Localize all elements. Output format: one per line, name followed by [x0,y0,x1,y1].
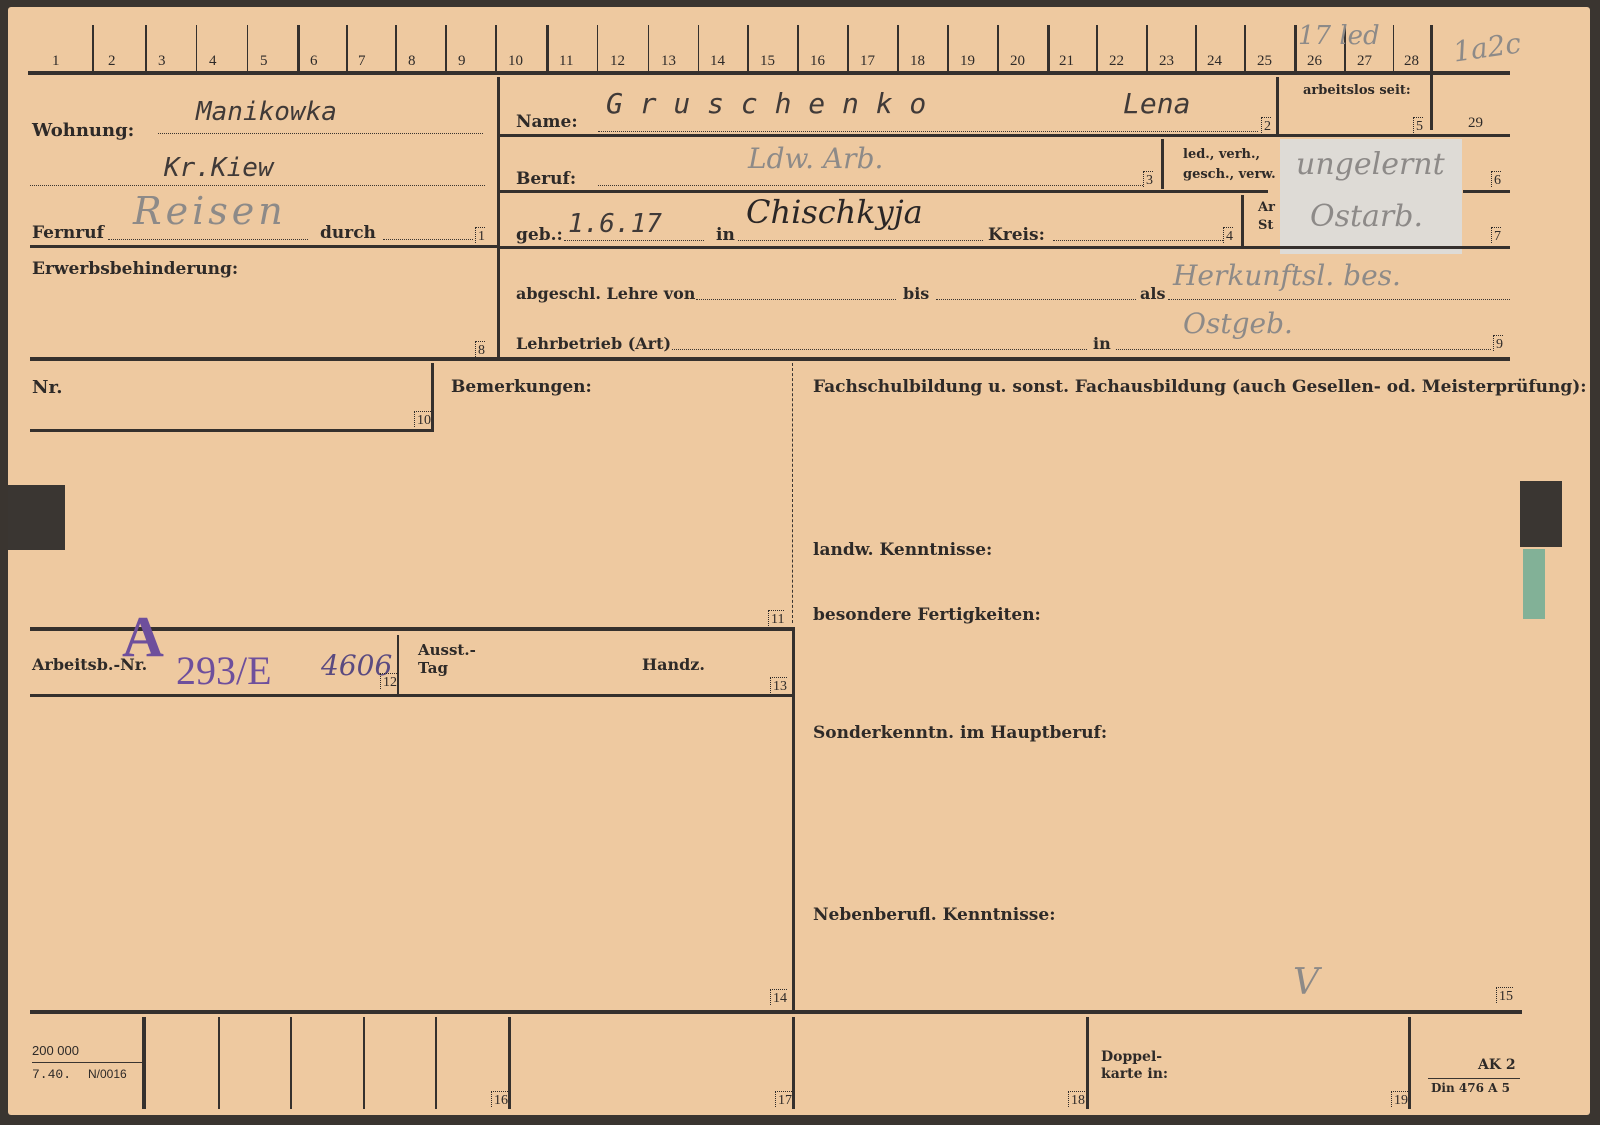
column-tick [1195,25,1197,71]
dotted-line [30,185,485,186]
column-tick [92,25,94,71]
status-label: Ar St [1258,199,1275,235]
occupation-label: Beruf: [516,169,576,189]
field-number-5: 5 [1413,117,1423,133]
column-number: 17 [860,53,875,70]
field-number-11: 11 [768,610,784,626]
status-value: Ostarb. [1310,199,1423,234]
field-number-18: 18 [1068,1091,1085,1107]
field-number-17: 17 [775,1091,792,1107]
as-value-line1: Herkunftsl. bes. [1173,259,1401,292]
training-label: Fachschulbildung u. sonst. Fachausbildun… [813,377,1587,397]
column-tick [597,25,599,71]
dotted-line [738,240,983,241]
district-label: Kreis: [988,225,1045,245]
field-number-2: 2 [1261,117,1271,133]
divider [1086,1017,1089,1109]
column-number: 5 [260,53,268,70]
divider [30,357,1510,361]
divider [498,246,1510,249]
print-run: 200 000 [32,1043,79,1058]
dotted-line [1168,299,1510,300]
column-number: 7 [358,53,366,70]
dotted-line [672,349,1087,350]
special-skills-label: besondere Fertigkeiten: [813,605,1041,625]
field-number-7: 7 [1491,227,1501,243]
column-tick [1294,25,1297,71]
divider [363,1017,365,1109]
column-tick [346,25,348,71]
column-number: 12 [610,53,625,70]
column-number: 22 [1109,53,1124,70]
column-number: 21 [1059,53,1074,70]
field-number-13: 13 [770,677,787,693]
disability-label: Erwerbsbehinderung: [32,259,238,279]
field-number-15: 15 [1496,987,1513,1003]
column-number: 13 [661,53,676,70]
column-tick [1393,25,1395,71]
phone-value: Reisen [133,189,287,233]
column-tick [648,25,650,71]
status-label-line2: St [1258,217,1275,235]
column-tick [297,25,300,71]
divider [397,635,399,695]
ruler-line [28,71,1510,75]
column-tick [196,25,198,71]
stamp-letter: A [122,603,164,670]
column-number: 18 [910,53,925,70]
column-tick [546,25,549,71]
column-number: 11 [559,53,573,70]
field-number-14: 14 [770,989,787,1005]
field-number-29: 29 [1468,115,1483,132]
dotted-line [108,239,308,240]
dotted-line [158,133,483,134]
column-number: 20 [1010,53,1025,70]
column-tick [897,25,899,71]
field-number-9: 9 [1493,335,1503,351]
form-code: N/0016 [88,1067,127,1081]
status-label-line1: Ar [1258,199,1275,217]
column-tick [698,25,700,71]
column-number: 4 [209,53,217,70]
field-number-1: 1 [475,227,485,243]
divider [1463,190,1510,193]
dotted-line [696,299,896,300]
field-number-6: 6 [1491,171,1501,187]
signature-label: Handz. [642,655,705,674]
green-marker [1523,549,1545,619]
divider [1241,195,1244,247]
dotted-line [1053,240,1223,241]
occupation-value: Ldw. Arb. [748,142,883,175]
divider [30,245,500,248]
dashed-divider [792,363,793,623]
column-tick [1047,25,1050,71]
column-tick [747,25,749,71]
column-number: 25 [1257,53,1272,70]
divider [497,77,500,359]
top-annotation: 17 led [1298,21,1380,51]
firm-label: Lehrbetrieb (Art) [516,334,671,353]
check-mark: V [1293,962,1319,1003]
print-code: 7.40. [32,1067,71,1082]
column-tick [145,25,147,71]
divider [508,1017,511,1109]
address-label: Wohnung: [32,120,134,141]
duplicate-card-label: Doppel- karte in: [1101,1049,1168,1083]
column-number: 15 [760,53,775,70]
column-number: 24 [1207,53,1222,70]
apprenticeship-label: abgeschl. Lehre von [516,284,695,303]
marital-value: ungelernt [1296,147,1445,182]
column-number: 19 [960,53,975,70]
field-number-12: 12 [380,673,397,689]
as-label: als [1140,284,1165,303]
birth-label: geb.: [516,225,563,245]
column-number: 23 [1159,53,1174,70]
divider [1430,25,1433,130]
birth-date: 1.6.17 [568,209,662,239]
divider [30,429,434,432]
marital-label-line1: led., verh., [1183,145,1276,165]
field-number-10: 10 [414,411,431,427]
column-number: 26 [1307,53,1322,70]
column-tick [1146,25,1148,71]
firm-in-label: in [1093,334,1111,353]
column-tick [947,25,949,71]
birth-place: Chischkyja [746,193,923,231]
unemployed-label: arbeitslos seit: [1303,83,1411,98]
dotted-line [383,239,473,240]
column-tick [1096,25,1098,71]
issue-label-line2: Tag [418,659,476,677]
firstname-value: Lena [1123,87,1190,120]
column-number: 8 [408,53,416,70]
column-number: 28 [1404,53,1419,70]
registration-card: 1234567891011121314151617181920212223242… [8,7,1590,1115]
field-number-19: 19 [1391,1091,1408,1107]
corner-annotation: 1a2c [1451,26,1523,68]
address-line1: Manikowka [196,97,337,127]
number-label: Nr. [32,377,63,398]
column-number: 14 [710,53,725,70]
divider [1428,1078,1520,1079]
issue-label-line1: Ausst.- [418,641,476,659]
din-code: Din 476 A 5 [1431,1081,1510,1095]
field-number-4: 4 [1223,227,1233,243]
column-number: 16 [810,53,825,70]
phone-label: Fernruf [32,223,104,243]
divider [792,1017,795,1109]
dotted-line [1116,349,1491,350]
column-tick [797,25,799,71]
field-number-16: 16 [491,1091,508,1107]
column-number: 1 [52,53,60,70]
index-tab-left [8,485,65,550]
via-label: durch [320,223,376,243]
main-occupation-knowledge-label: Sonderkenntn. im Hauptberuf: [813,723,1107,743]
divider [142,1017,146,1109]
dotted-line [936,299,1136,300]
divider [792,629,795,1014]
divider [1161,139,1164,189]
column-tick [395,25,397,71]
divider [30,1010,1522,1014]
divider [30,694,795,697]
column-number: 6 [310,53,318,70]
column-number: 2 [108,53,116,70]
marital-label: led., verh., gesch., verw. [1183,145,1276,185]
column-number: 3 [158,53,166,70]
field-number-3: 3 [1143,171,1153,187]
duplicate-label-line1: Doppel- [1101,1049,1168,1066]
birth-in-label: in [716,225,735,245]
agri-knowledge-label: landw. Kenntnisse: [813,540,992,560]
until-label: bis [903,284,929,303]
column-tick [247,25,249,71]
dotted-line [564,240,704,241]
marital-label-line2: gesch., verw. [1183,165,1276,185]
divider [1408,1017,1411,1109]
secondary-knowledge-label: Nebenberufl. Kenntnisse: [813,905,1055,925]
as-value-line2: Ostgeb. [1183,307,1293,340]
form-name: AK 2 [1478,1057,1516,1073]
column-tick [1244,25,1246,71]
field-number-8: 8 [475,341,485,357]
column-tick [997,25,999,71]
divider [1276,77,1279,135]
dotted-line [598,131,1258,132]
divider [498,134,1510,137]
divider [290,1017,292,1109]
name-label: Name: [516,112,578,132]
divider [431,363,434,431]
divider [435,1017,437,1109]
remarks-label: Bemerkungen: [451,377,592,397]
issue-date-label: Ausst.- Tag [418,641,476,677]
column-tick [847,25,849,71]
address-line2: Kr.Kiew [164,153,274,183]
column-tick [495,25,497,71]
divider [218,1017,220,1109]
column-number: 27 [1357,53,1372,70]
column-tick [445,25,447,71]
column-number: 9 [458,53,466,70]
divider [32,1062,142,1063]
stamp-number: 293/E [176,647,272,694]
column-number: 10 [508,53,523,70]
index-tab-right [1520,481,1562,547]
duplicate-label-line2: karte in: [1101,1066,1168,1083]
dotted-line [598,185,1143,186]
surname-value: G r u s c h e n k o [606,87,926,120]
